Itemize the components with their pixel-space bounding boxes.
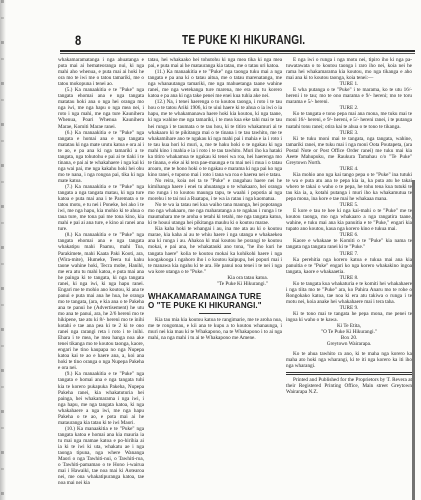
paragraph: (5.) Ka manaakitia e te "Puke" nga tanga…: [58, 87, 144, 129]
masthead-title: TE PUKE KI HIKURANGI.: [182, 32, 305, 47]
column-2: tatau, hei whakaako hei tohutohu ki nga …: [148, 57, 282, 341]
paragraph: Ko te ahua tawhito ra ano, ki te maha ng…: [286, 351, 412, 369]
paragraph: whakamaramatanga i nga ahuatanga e puta …: [58, 57, 144, 87]
paragraph: (12.) Na, i tenei haerenga o to koutou t…: [148, 99, 282, 178]
masthead-rule-thick: [60, 50, 415, 52]
paragraph: Kia tau mia kia koutou katoa te rangimar…: [148, 317, 282, 341]
paragraph: (9.) Ka manaakitia e te "Puke" nga tanga…: [58, 371, 144, 425]
paragraph: (10.) Ka manaakitia e te "Puke" nga tang…: [58, 426, 144, 486]
printer-imprint: Printed and Published for the Proprietor…: [286, 377, 412, 395]
term-text: Ko te tangata kua whakaturia e te komiti…: [286, 281, 412, 305]
imprint-rule: [286, 372, 412, 373]
term-text: E kore e tau te hee ki nga kai-mahi o te…: [286, 208, 412, 232]
paragraph: Kia kaha hoki te whangai i au, ina me at…: [148, 226, 282, 274]
paragraph: No te wa ia tatau nei kua waiho tana mau…: [148, 202, 282, 226]
paragraph: (11.) Ka manaakitia e te "Puke" nga taon…: [148, 69, 282, 99]
scan-binding-line: [412, 180, 415, 500]
section-divider: [199, 313, 231, 314]
paragraph: No reira, koia nei ta te "Puke" e rangah…: [148, 178, 282, 202]
address-line: Greytown Wairarapa.: [286, 341, 412, 347]
column-3: E nga iwi o runga i nga motu nei, tipiro…: [286, 57, 412, 396]
paragraph: (8.) Ka manaakitia e te "Puke" nga tanga…: [58, 232, 144, 371]
signoff-line: "Te Puke Ki Hikurangi.": [148, 281, 282, 287]
paragraph: E nga iwi o runga i nga motu nei, tipiro…: [286, 57, 412, 81]
scan-left-edge-specks: [1, 0, 4, 500]
masthead-rule-thin: [60, 53, 415, 54]
column-1: whakamaramatanga i nga ahuatanga e puta …: [58, 57, 144, 486]
term-text: Ki te tono mai te tangata he pepa mona, …: [286, 311, 412, 323]
paragraph: tatau, hei whakaako hei tohutohu ki nga …: [148, 57, 282, 69]
term-text: Kaore e whakaae te Komiti o te "Puke" ki…: [286, 238, 412, 250]
term-text: Kia mohio ano nga kai tango pepa o te "P…: [286, 172, 412, 202]
page-number: 8: [75, 32, 81, 48]
section-heading-line: O "TE PUKE KI HIKURANGI.": [148, 301, 277, 311]
imprint-rule: [286, 374, 412, 375]
paragraph: (6.) Ka manaakitia e te "Puke" nga tanga…: [58, 130, 144, 184]
term-text: Ki te tuku moni mai te tangata, nga tang…: [286, 136, 412, 166]
section-heading: WHAKAMARAMAINGA TURE O "TE PUKE KI HIKUR…: [148, 292, 277, 311]
term-text: E wha putanga o te "Puke" i te marama, k…: [286, 87, 412, 105]
term-text: Ko te tangata e tono pepa mai ana mona, …: [286, 111, 412, 129]
paragraph: (7.) Ka manaakitia e te "Puke" nga tanga…: [58, 184, 144, 232]
term-text: Ka perehitia nga korero katoa e tukua ma…: [286, 257, 412, 275]
